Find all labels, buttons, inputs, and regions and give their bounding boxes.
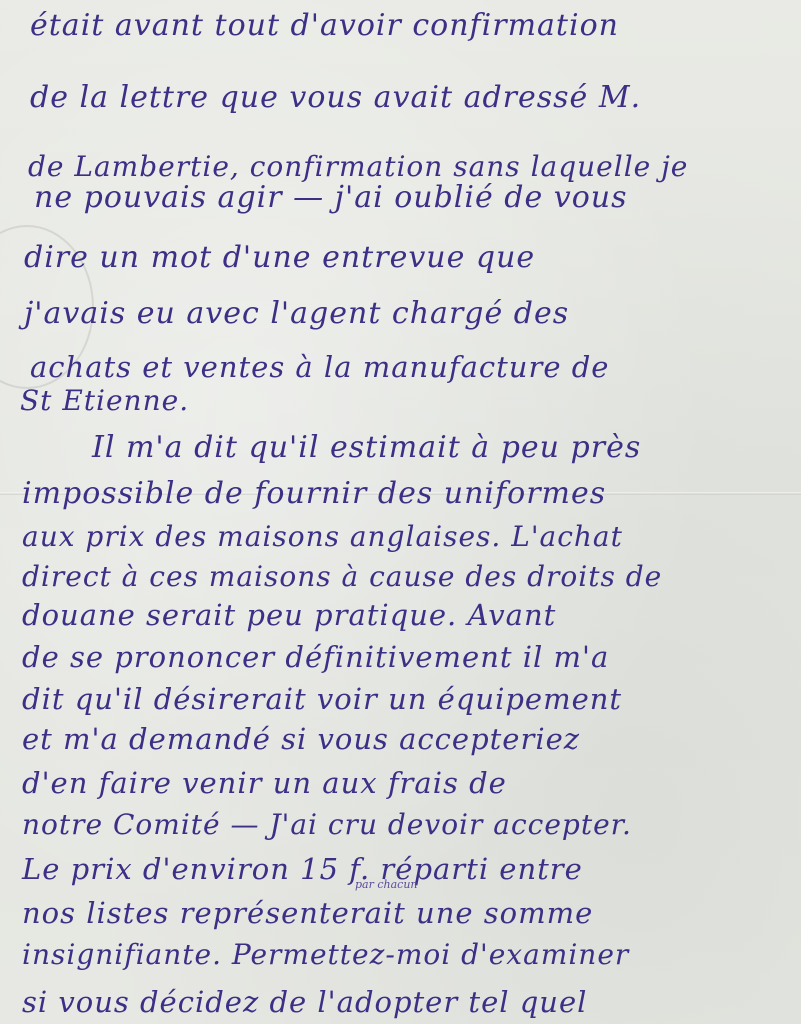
handwritten-line: St Etienne. bbox=[20, 384, 189, 417]
handwritten-line: nos listes représenterait une somme bbox=[22, 896, 593, 930]
handwritten-line: de Lambertie, confirmation sans laquelle… bbox=[28, 150, 688, 183]
handwritten-line: de la lettre que vous avait adressé M. bbox=[30, 80, 641, 115]
handwritten-line: direct à ces maisons à cause des droits … bbox=[22, 560, 662, 593]
handwritten-line: aux prix des maisons anglaises. L'achat bbox=[22, 520, 623, 553]
handwritten-line: était avant tout d'avoir confirmation bbox=[30, 8, 619, 43]
handwritten-line: achats et ventes à la manufacture de bbox=[30, 350, 609, 384]
handwritten-line: d'en faire venir un aux frais de bbox=[22, 766, 507, 800]
letter-page: était avant tout d'avoir confirmationde … bbox=[0, 0, 801, 1024]
handwritten-line: dire un mot d'une entrevue que bbox=[24, 240, 535, 275]
handwritten-line: Le prix d'environ 15 f. réparti entre bbox=[22, 852, 583, 886]
handwritten-line: dit qu'il désirerait voir un équipement bbox=[22, 682, 622, 716]
handwritten-line: ne pouvais agir — j'ai oublié de vous bbox=[34, 180, 628, 215]
handwritten-line: j'avais eu avec l'agent chargé des bbox=[24, 296, 569, 331]
handwritten-line: Il m'a dit qu'il estimait à peu près bbox=[92, 430, 641, 465]
handwritten-line: insignifiante. Permettez-moi d'examiner bbox=[22, 938, 629, 971]
handwritten-line: douane serait peu pratique. Avant bbox=[22, 598, 556, 632]
handwritten-line: et m'a demandé si vous accepteriez bbox=[22, 722, 580, 756]
interlinear-note: par chacun bbox=[355, 878, 418, 891]
handwritten-line: impossible de fournir des uniformes bbox=[22, 476, 606, 511]
handwritten-line: notre Comité — J'ai cru devoir accepter. bbox=[22, 808, 632, 841]
handwritten-line: si vous décidez de l'adopter tel quel bbox=[22, 985, 587, 1019]
handwritten-line: de se prononcer définitivement il m'a bbox=[22, 640, 609, 674]
